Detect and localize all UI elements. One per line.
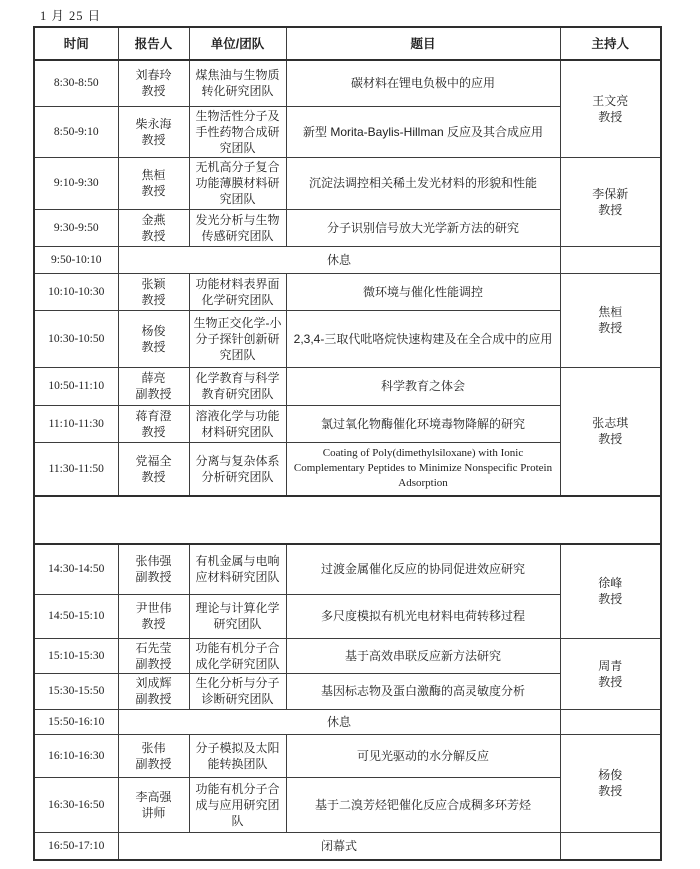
col-header-speaker: 报告人 [118,27,189,60]
speaker-name: 蒋育澄 [122,408,186,424]
host-name: 张志琪 [564,415,658,431]
speaker-name: 张伟 [122,740,186,756]
time-cell: 9:50-10:10 [34,246,118,273]
speaker-cell: 尹世伟 教授 [118,594,189,638]
speaker-title: 副教授 [122,656,186,672]
speaker-title: 教授 [122,183,186,199]
host-cell-empty [560,709,661,734]
title-cell: 基因标志物及蛋白激酶的高灵敏度分析 [286,673,560,709]
speaker-cell: 薛亮 副教授 [118,367,189,405]
host-name: 徐峰 [564,575,658,591]
unit-cell: 功能有机分子合成与应用研究团队 [189,777,286,832]
break-cell: 休息 [118,246,560,273]
break-cell: 休息 [118,709,560,734]
speaker-name: 党福全 [122,453,186,469]
time-cell: 16:10-16:30 [34,734,118,777]
speaker-title: 副教授 [122,386,186,402]
speaker-name: 刘春玲 [122,67,186,83]
col-header-host: 主持人 [560,27,661,60]
host-title: 教授 [564,783,658,799]
document-page: 1 月 25 日 时间 报告人 单位/团队 题目 主持人 8:30-8:50 刘… [0,0,700,869]
host-cell: 徐峰 教授 [560,544,661,638]
unit-cell: 功能材料表界面化学研究团队 [189,273,286,310]
unit-cell: 分子模拟及太阳能转换团队 [189,734,286,777]
time-cell: 9:10-9:30 [34,157,118,209]
speaker-cell: 焦桓 教授 [118,157,189,209]
unit-cell: 功能有机分子合成化学研究团队 [189,638,286,673]
time-cell: 11:30-11:50 [34,442,118,496]
host-title: 教授 [564,431,658,447]
time-cell: 16:30-16:50 [34,777,118,832]
host-name: 焦桓 [564,304,658,320]
host-cell: 周青 教授 [560,638,661,709]
speaker-cell: 张伟强 副教授 [118,544,189,594]
speaker-name: 焦桓 [122,167,186,183]
speaker-name: 柴永海 [122,116,186,132]
closing-cell: 闭幕式 [118,832,560,860]
host-title: 教授 [564,202,658,218]
speaker-title: 讲师 [122,805,186,821]
speaker-name: 尹世伟 [122,600,186,616]
closing-row: 16:50-17:10 闭幕式 [34,832,661,860]
break-row: 9:50-10:10 休息 [34,246,661,273]
unit-cell: 生物正交化学-小分子探针创新研究团队 [189,310,286,367]
time-cell: 10:30-10:50 [34,310,118,367]
time-cell: 14:30-14:50 [34,544,118,594]
lunch-spacer-cell [34,496,661,544]
title-cell: 2,3,4-三取代吡咯烷快速构建及在全合成中的应用 [286,310,560,367]
time-cell: 8:30-8:50 [34,60,118,106]
table-row: 10:10-10:30 张颖 教授 功能材料表界面化学研究团队 微环境与催化性能… [34,273,661,310]
host-title: 教授 [564,109,658,125]
speaker-title: 副教授 [122,756,186,772]
table-row: 8:30-8:50 刘春玲 教授 煤焦油与生物质转化研究团队 碳材料在锂电负极中… [34,60,661,106]
col-header-title: 题目 [286,27,560,60]
speaker-name: 张颖 [122,276,186,292]
schedule-table: 时间 报告人 单位/团队 题目 主持人 8:30-8:50 刘春玲 教授 煤焦油… [33,26,662,861]
speaker-name: 李高强 [122,789,186,805]
speaker-cell: 杨俊 教授 [118,310,189,367]
date-label: 1 月 25 日 [40,6,101,24]
speaker-title: 教授 [122,132,186,148]
host-cell: 焦桓 教授 [560,273,661,367]
speaker-title: 教授 [122,469,186,485]
speaker-cell: 张伟 副教授 [118,734,189,777]
host-cell-empty [560,246,661,273]
host-title: 教授 [564,320,658,336]
title-cell: 科学教育之体会 [286,367,560,405]
table-row: 16:10-16:30 张伟 副教授 分子模拟及太阳能转换团队 可见光驱动的水分… [34,734,661,777]
speaker-title: 副教授 [122,691,186,707]
title-cell: 微环境与催化性能调控 [286,273,560,310]
time-cell: 15:10-15:30 [34,638,118,673]
col-header-time: 时间 [34,27,118,60]
unit-cell: 煤焦油与生物质转化研究团队 [189,60,286,106]
speaker-title: 副教授 [122,569,186,585]
speaker-cell: 张颖 教授 [118,273,189,310]
speaker-name: 张伟强 [122,553,186,569]
host-cell: 李保新 教授 [560,157,661,246]
host-cell: 张志琪 教授 [560,367,661,496]
speaker-name: 薛亮 [122,370,186,386]
host-title: 教授 [564,591,658,607]
speaker-title: 教授 [122,616,186,632]
host-cell-empty [560,832,661,860]
unit-cell: 分离与复杂体系分析研究团队 [189,442,286,496]
host-name: 王文亮 [564,93,658,109]
table-row: 10:50-11:10 薛亮 副教授 化学教育与科学教育研究团队 科学教育之体会… [34,367,661,405]
table-row: 14:30-14:50 张伟强 副教授 有机金属与电响应材料研究团队 过渡金属催… [34,544,661,594]
time-cell: 16:50-17:10 [34,832,118,860]
time-cell: 10:50-11:10 [34,367,118,405]
host-name: 李保新 [564,186,658,202]
header-row: 时间 报告人 单位/团队 题目 主持人 [34,27,661,60]
unit-cell: 无机高分子复合功能薄膜材料研究团队 [189,157,286,209]
host-cell: 杨俊 教授 [560,734,661,832]
lunch-spacer-row [34,496,661,544]
title-cell: Coating of Poly(dimethylsiloxane) with I… [286,442,560,496]
speaker-title: 教授 [122,424,186,440]
col-header-unit: 单位/团队 [189,27,286,60]
speaker-name: 杨俊 [122,323,186,339]
speaker-title: 教授 [122,228,186,244]
host-cell: 王文亮 教授 [560,60,661,157]
title-cell: 可见光驱动的水分解反应 [286,734,560,777]
speaker-cell: 党福全 教授 [118,442,189,496]
time-cell: 15:50-16:10 [34,709,118,734]
title-cell: 氯过氧化物酶催化环境毒物降解的研究 [286,405,560,442]
title-cell: 沉淀法调控相关稀土发光材料的形貌和性能 [286,157,560,209]
title-cell: 基于二溴芳烃钯催化反应合成稠多环芳烃 [286,777,560,832]
unit-cell: 化学教育与科学教育研究团队 [189,367,286,405]
time-cell: 15:30-15:50 [34,673,118,709]
unit-cell: 有机金属与电响应材料研究团队 [189,544,286,594]
speaker-cell: 刘春玲 教授 [118,60,189,106]
time-cell: 10:10-10:30 [34,273,118,310]
table-row: 15:10-15:30 石先莹 副教授 功能有机分子合成化学研究团队 基于高效串… [34,638,661,673]
speaker-cell: 李高强 讲师 [118,777,189,832]
unit-cell: 理论与计算化学研究团队 [189,594,286,638]
time-cell: 11:10-11:30 [34,405,118,442]
speaker-cell: 石先莹 副教授 [118,638,189,673]
speaker-name: 石先莹 [122,640,186,656]
speaker-title: 教授 [122,292,186,308]
speaker-title: 教授 [122,339,186,355]
table-row: 9:10-9:30 焦桓 教授 无机高分子复合功能薄膜材料研究团队 沉淀法调控相… [34,157,661,209]
unit-cell: 生化分析与分子诊断研究团队 [189,673,286,709]
title-cell: 基于高效串联反应新方法研究 [286,638,560,673]
speaker-name: 刘成辉 [122,675,186,691]
time-cell: 14:50-15:10 [34,594,118,638]
title-cell: 过渡金属催化反应的协同促进效应研究 [286,544,560,594]
title-cell: 碳材料在锂电负极中的应用 [286,60,560,106]
host-title: 教授 [564,674,658,690]
title-cell: 新型 Morita-Baylis-Hillman 反应及其合成应用 [286,106,560,157]
speaker-cell: 柴永海 教授 [118,106,189,157]
unit-cell: 发光分析与生物传感研究团队 [189,209,286,246]
unit-cell: 生物活性分子及手性药物合成研究团队 [189,106,286,157]
speaker-name: 金燕 [122,212,186,228]
speaker-title: 教授 [122,83,186,99]
host-name: 周青 [564,658,658,674]
speaker-cell: 金燕 教授 [118,209,189,246]
host-name: 杨俊 [564,767,658,783]
speaker-cell: 刘成辉 副教授 [118,673,189,709]
time-cell: 9:30-9:50 [34,209,118,246]
unit-cell: 溶液化学与功能材料研究团队 [189,405,286,442]
speaker-cell: 蒋育澄 教授 [118,405,189,442]
time-cell: 8:50-9:10 [34,106,118,157]
title-cell: 多尺度模拟有机光电材料电荷转移过程 [286,594,560,638]
title-cell: 分子识别信号放大光学新方法的研究 [286,209,560,246]
break-row: 15:50-16:10 休息 [34,709,661,734]
